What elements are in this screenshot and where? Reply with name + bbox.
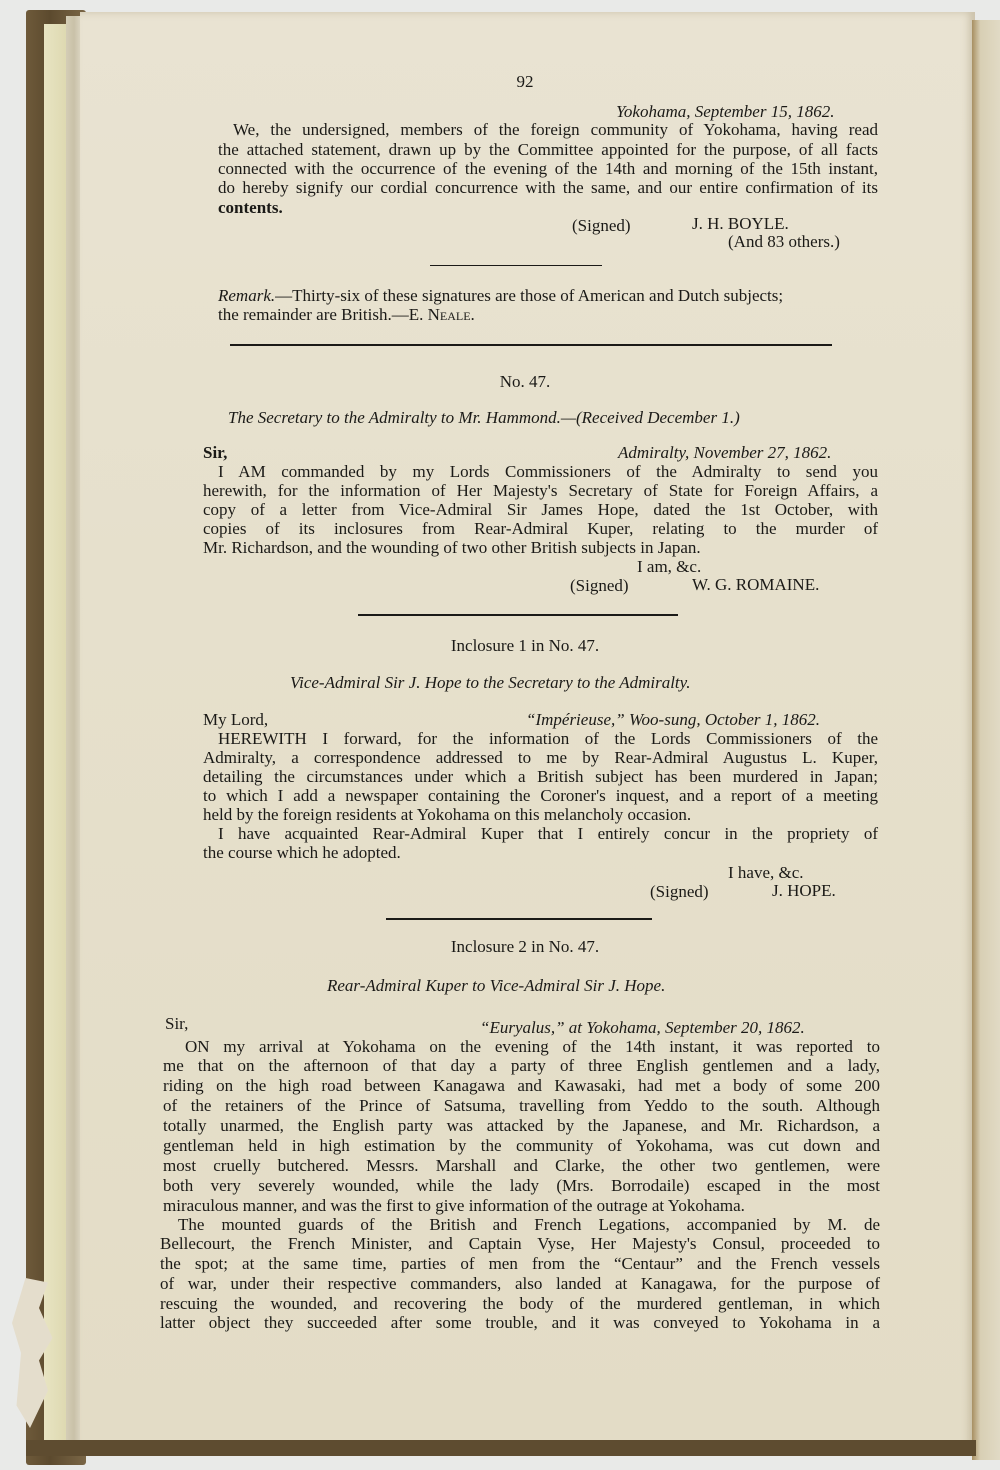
section4-line-15: latter object they succeeded after some … xyxy=(160,1313,880,1332)
section1-dateline: Yokohama, September 15, 1862. xyxy=(616,102,834,121)
section1-line-5: contents. xyxy=(218,198,283,217)
section3-closing: I have, &c. xyxy=(728,863,804,882)
section1-signatory: J. H. BOYLE. xyxy=(692,214,789,233)
remark-text: —Thirty-six of these signatures are thos… xyxy=(275,286,783,305)
section1-signed-label: (Signed) xyxy=(572,216,631,235)
section1-remark-line-2: the remainder are British.—E. Neale. xyxy=(218,305,475,324)
section4-line-12: the spot; at the same time, parties of m… xyxy=(160,1254,880,1273)
section4-line-1: ON my arrival at Yokohama on the evening… xyxy=(185,1037,880,1056)
heading-text: The Secretary to the Admiralty to Mr. Ha… xyxy=(228,408,740,427)
dateline-text: Admiralty, November 27, 1862. xyxy=(618,443,831,462)
section4-line-11: Bellecourt, the French Minister, and Cap… xyxy=(160,1234,880,1253)
section3-number: Inclosure 1 in No. 47. xyxy=(380,636,670,655)
section4-line-13: of war, under their respective commander… xyxy=(160,1274,880,1293)
section3-signatory: J. HOPE. xyxy=(772,881,836,900)
remark-author: Neale. xyxy=(428,305,475,324)
dateline-text: Yokohama, September 15, 1862. xyxy=(616,102,834,121)
section4-dateline: “Euryalus,” at Yokohama, September 20, 1… xyxy=(480,1018,805,1037)
section1-line-4: do hereby signify our cordial concurrenc… xyxy=(218,178,878,197)
heading-text: Rear-Admiral Kuper to Vice-Admiral Sir J… xyxy=(327,976,665,995)
section3-line-6: I have acquainted Rear-Admiral Kuper tha… xyxy=(218,824,878,843)
dateline-text: “Impérieuse,” Woo-sung, October 1, 1862. xyxy=(526,710,820,729)
section2-dateline: Admiralty, November 27, 1862. xyxy=(618,443,831,462)
section3-salutation: My Lord, xyxy=(203,710,268,729)
section4-line-8: both very severely wounded, while the la… xyxy=(163,1176,880,1195)
section3-line-3: detailing the circumstances under which … xyxy=(203,767,878,786)
endpaper xyxy=(44,24,68,1449)
section4-salutation: Sir, xyxy=(165,1014,188,1033)
divider-medium xyxy=(358,614,678,616)
section2-line-2: herewith, for the information of Her Maj… xyxy=(203,481,878,500)
section2-line-1: I AM commanded by my Lords Commissioners… xyxy=(218,462,878,481)
section1-line-1: We, the undersigned, members of the fore… xyxy=(233,120,878,139)
section2-line-5: Mr. Richardson, and the wounding of two … xyxy=(203,538,701,557)
heading-text: Vice-Admiral Sir J. Hope to the Secretar… xyxy=(290,673,691,692)
section4-heading: Rear-Admiral Kuper to Vice-Admiral Sir J… xyxy=(327,976,665,995)
section1-line-2: the attached statement, drawn up by the … xyxy=(218,140,878,159)
section2-closing: I am, &c. xyxy=(637,557,701,576)
section3-line-2: Admiralty, a correspondence addressed to… xyxy=(203,748,878,767)
section3-dateline: “Impérieuse,” Woo-sung, October 1, 1862. xyxy=(526,710,820,729)
section3-heading: Vice-Admiral Sir J. Hope to the Secretar… xyxy=(290,673,691,692)
section1-line-3: connected with the occurrence of the eve… xyxy=(218,159,878,178)
section4-line-5: totally unarmed, the English party was a… xyxy=(163,1116,880,1135)
section4-line-10: The mounted guards of the British and Fr… xyxy=(178,1215,880,1234)
dateline-text: “Euryalus,” at Yokohama, September 20, 1… xyxy=(480,1018,805,1037)
section4-line-6: gentleman held in high estimation by the… xyxy=(163,1136,880,1155)
section2-signatory: W. G. ROMAINE. xyxy=(692,575,819,594)
section2-signed-label: (Signed) xyxy=(570,576,629,595)
section3-line-4: to which I add a newspaper containing th… xyxy=(203,786,878,805)
section3-line-7: the course which he adopted. xyxy=(203,843,401,862)
section2-line-3: copy of a letter from Vice-Admiral Sir J… xyxy=(203,500,878,519)
section4-line-14: rescuing the wounded, and recovering the… xyxy=(160,1294,880,1313)
section4-line-3: riding on the high road between Kanagawa… xyxy=(163,1076,880,1095)
section4-number: Inclosure 2 in No. 47. xyxy=(380,937,670,956)
divider-short xyxy=(430,265,602,266)
section4-line-7: most cruelly butchered. Messrs. Marshall… xyxy=(163,1156,880,1175)
section2-salutation: Sir, xyxy=(203,443,227,462)
section2-heading: The Secretary to the Admiralty to Mr. Ha… xyxy=(228,408,740,427)
section4-line-9: miraculous manner, and was the first to … xyxy=(163,1196,745,1215)
remark-text-2: the remainder are British.—E. xyxy=(218,305,428,324)
section2-line-4: copies of its inclosures from Rear-Admir… xyxy=(203,519,878,538)
remark-label: Remark. xyxy=(218,286,275,305)
section3-line-1: HEREWITH I forward, for the information … xyxy=(218,729,878,748)
book-cover-bottom xyxy=(26,1440,976,1456)
section3-signed-label: (Signed) xyxy=(650,882,709,901)
section4-line-4: of the retainers of the Prince of Satsum… xyxy=(163,1096,880,1115)
divider-medium xyxy=(386,918,652,920)
section2-number: No. 47. xyxy=(400,372,650,391)
section4-line-2: me that on the afternoon of that day a p… xyxy=(163,1056,880,1075)
section1-others: (And 83 others.) xyxy=(728,232,840,251)
section3-line-5: held by the foreign residents at Yokoham… xyxy=(203,805,691,824)
page-number: 92 xyxy=(500,72,550,91)
book-gutter xyxy=(972,20,1000,1460)
divider-long xyxy=(230,344,832,346)
section1-remark-line-1: Remark.—Thirty-six of these signatures a… xyxy=(218,286,878,305)
